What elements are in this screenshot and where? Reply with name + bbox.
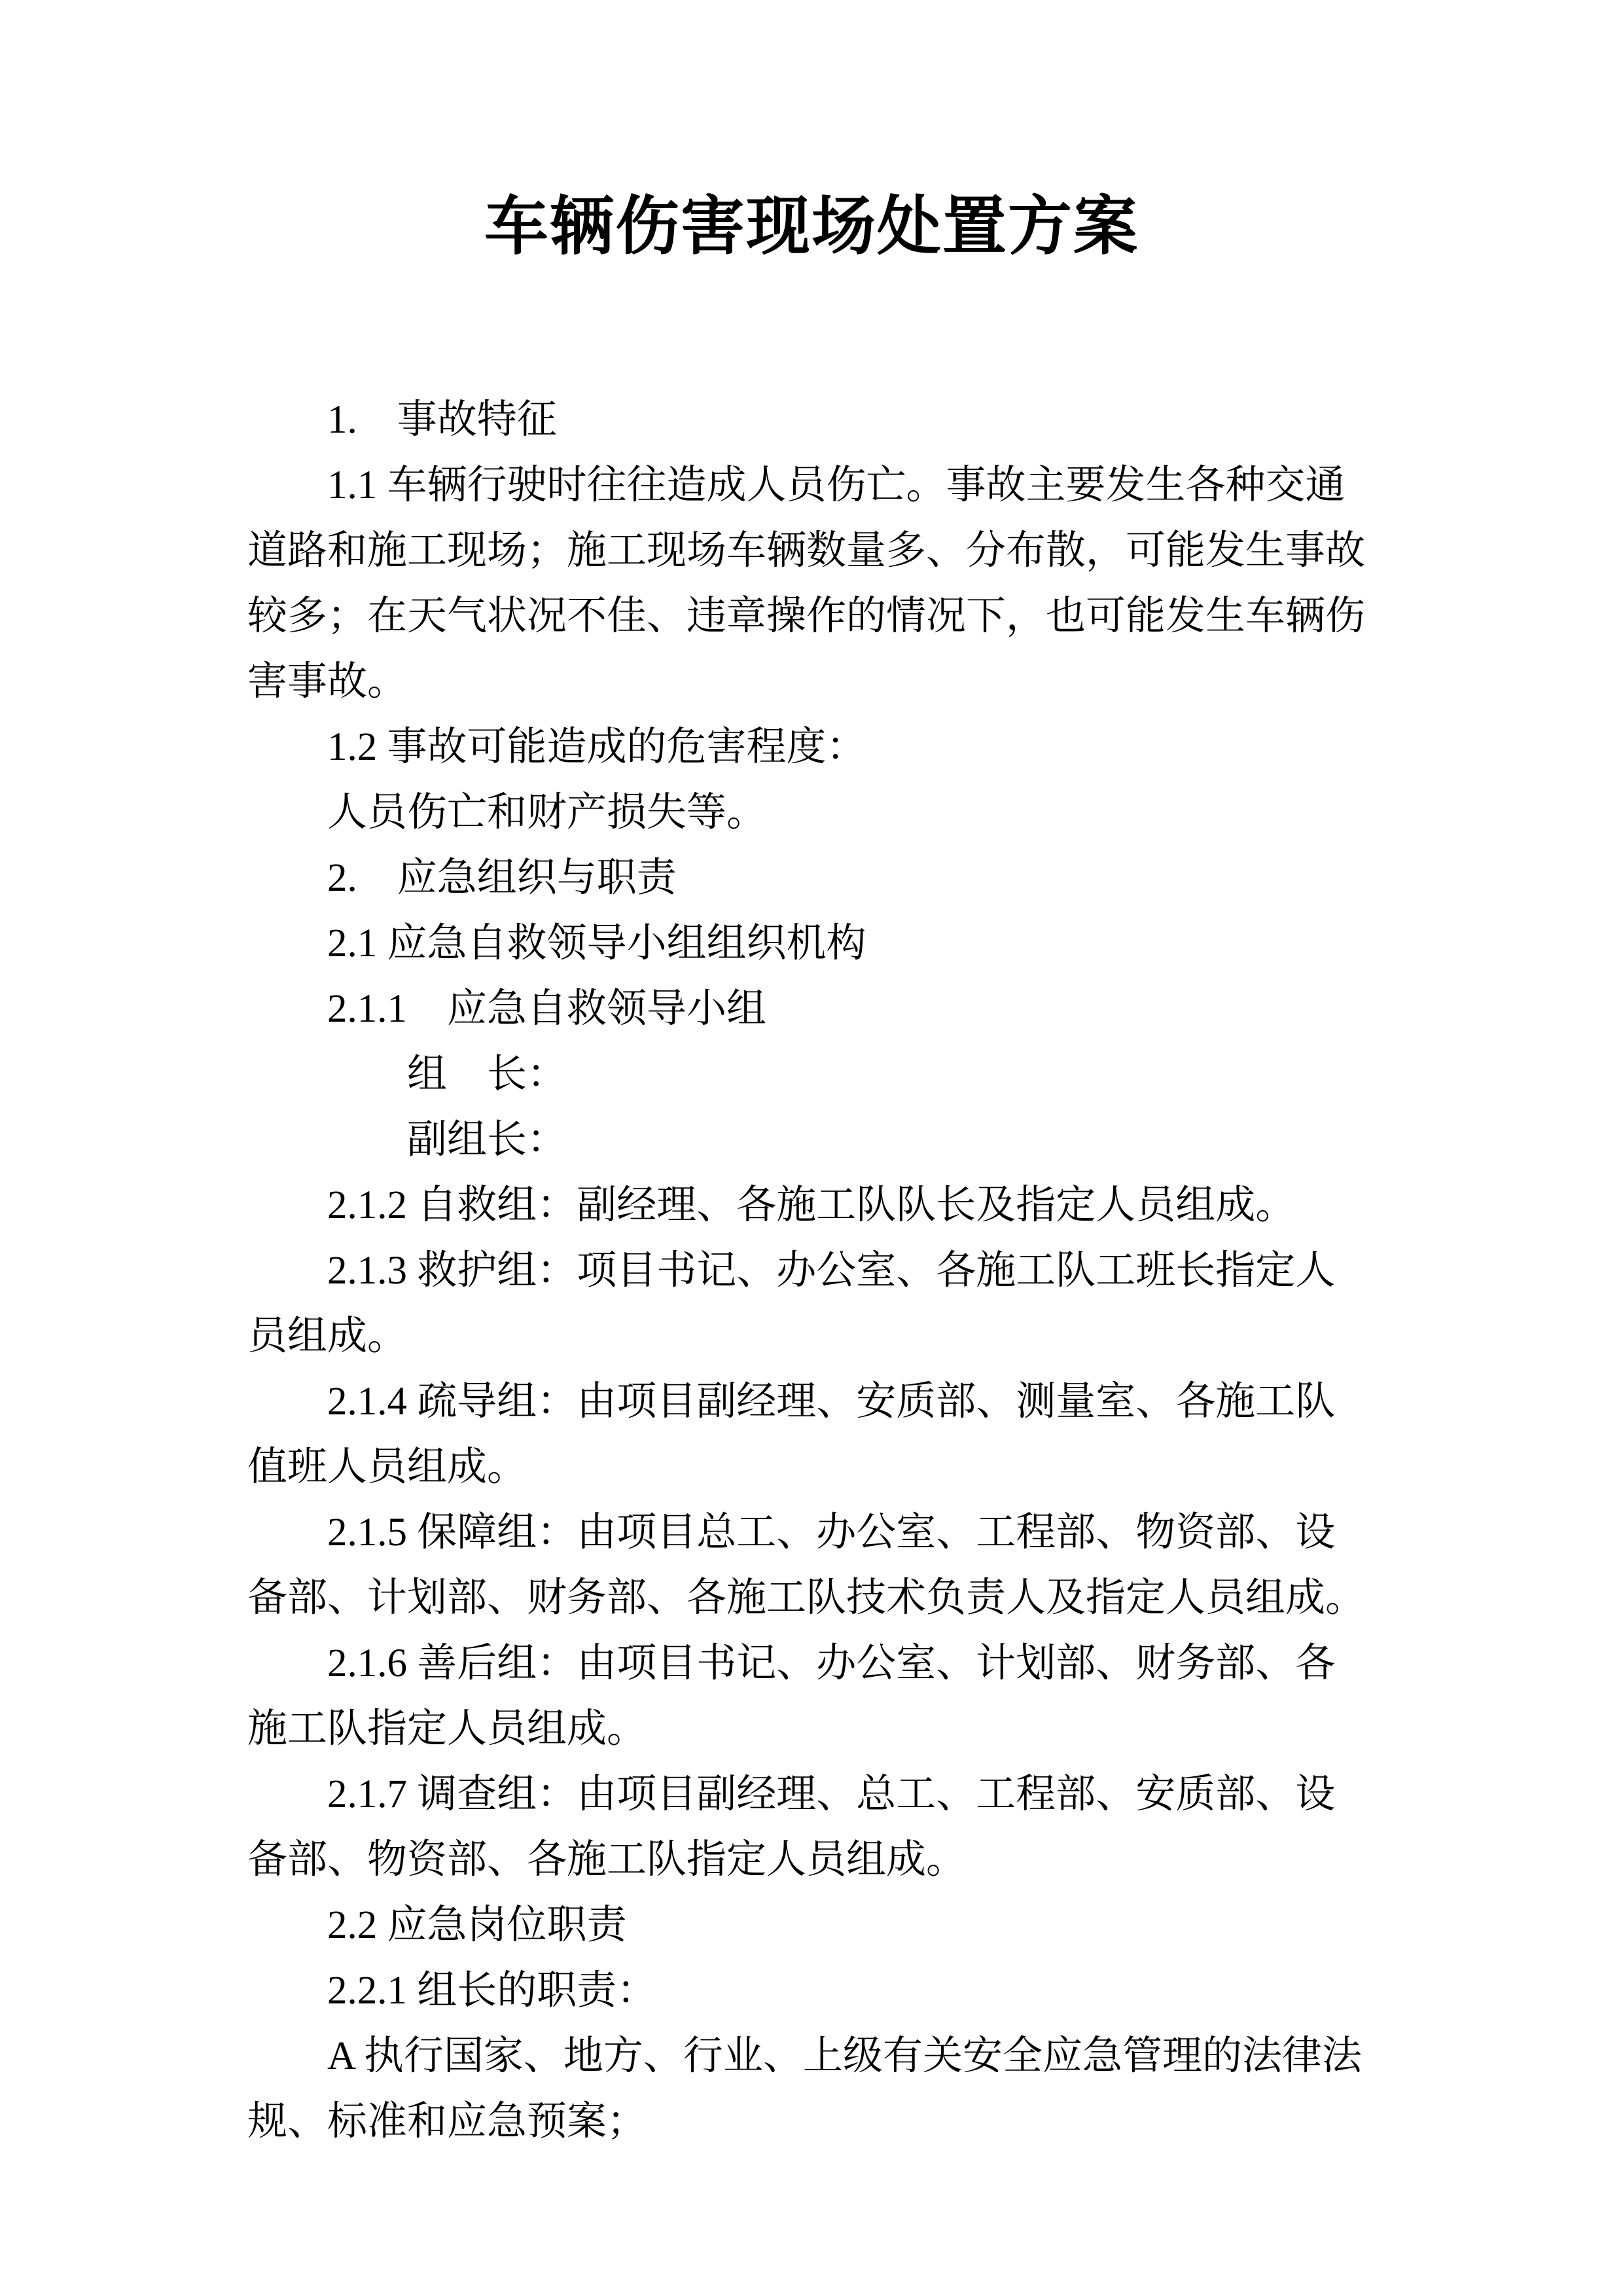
text-line: 组 长： — [247, 1042, 1376, 1107]
text-line: 2.2 应急岗位职责 — [247, 1893, 1376, 1958]
text-line: 1. 事故特征 — [247, 387, 1376, 453]
text-line: 2.1.7 调查组：由项目副经理、总工、工程部、安质部、设 — [247, 1762, 1376, 1827]
text-line: 2.1.4 疏导组：由项目副经理、安质部、测量室、各施工队 — [247, 1369, 1376, 1435]
text-line: 2.1.2 自救组：副经理、各施工队队长及指定人员组成。 — [247, 1173, 1376, 1238]
text-line: 1.1 车辆行驶时往往造成人员伤亡。事故主要发生各种交通 — [247, 453, 1376, 518]
text-line: 2.2.1 组长的职责： — [247, 1958, 1376, 2024]
document-body: 1. 事故特征1.1 车辆行驶时往往造成人员伤亡。事故主要发生各种交通道路和施工… — [247, 387, 1376, 2155]
text-line: 备部、物资部、各施工队指定人员组成。 — [247, 1827, 1376, 1893]
text-line: 害事故。 — [247, 649, 1376, 715]
text-line: 值班人员组成。 — [247, 1435, 1376, 1500]
text-line: A 执行国家、地方、行业、上级有关安全应急管理的法律法 — [247, 2024, 1376, 2089]
text-line: 2.1.5 保障组：由项目总工、办公室、工程部、物资部、设 — [247, 1500, 1376, 1566]
text-line: 2. 应急组织与职责 — [247, 846, 1376, 911]
text-line: 2.1.6 善后组：由项目书记、办公室、计划部、财务部、各 — [247, 1631, 1376, 1696]
text-line: 备部、计划部、财务部、各施工队技术负责人及指定人员组成。 — [247, 1566, 1376, 1631]
text-line: 2.1.1 应急自救领导小组 — [247, 977, 1376, 1042]
document-content: 车辆伤害现场处置方案 1. 事故特征1.1 车辆行驶时往往造成人员伤亡。事故主要… — [0, 0, 1623, 2155]
text-line: 道路和施工现场；施工现场车辆数量多、分布散，可能发生事故 — [247, 518, 1376, 584]
text-line: 员组成。 — [247, 1304, 1376, 1369]
text-line: 较多；在天气状况不佳、违章操作的情况下，也可能发生车辆伤 — [247, 584, 1376, 649]
text-line: 规、标准和应急预案； — [247, 2089, 1376, 2155]
text-line: 2.1.3 救护组：项目书记、办公室、各施工队工班长指定人 — [247, 1238, 1376, 1304]
text-line: 2.1 应急自救领导小组组织机构 — [247, 911, 1376, 977]
text-line: 副组长： — [247, 1107, 1376, 1173]
document-page: 车辆伤害现场处置方案 1. 事故特征1.1 车辆行驶时往往造成人员伤亡。事故主要… — [0, 0, 1623, 2296]
text-line: 人员伤亡和财产损失等。 — [247, 780, 1376, 846]
document-title: 车辆伤害现场处置方案 — [247, 0, 1376, 270]
text-line: 施工队指定人员组成。 — [247, 1696, 1376, 1762]
text-line: 1.2 事故可能造成的危害程度： — [247, 715, 1376, 780]
